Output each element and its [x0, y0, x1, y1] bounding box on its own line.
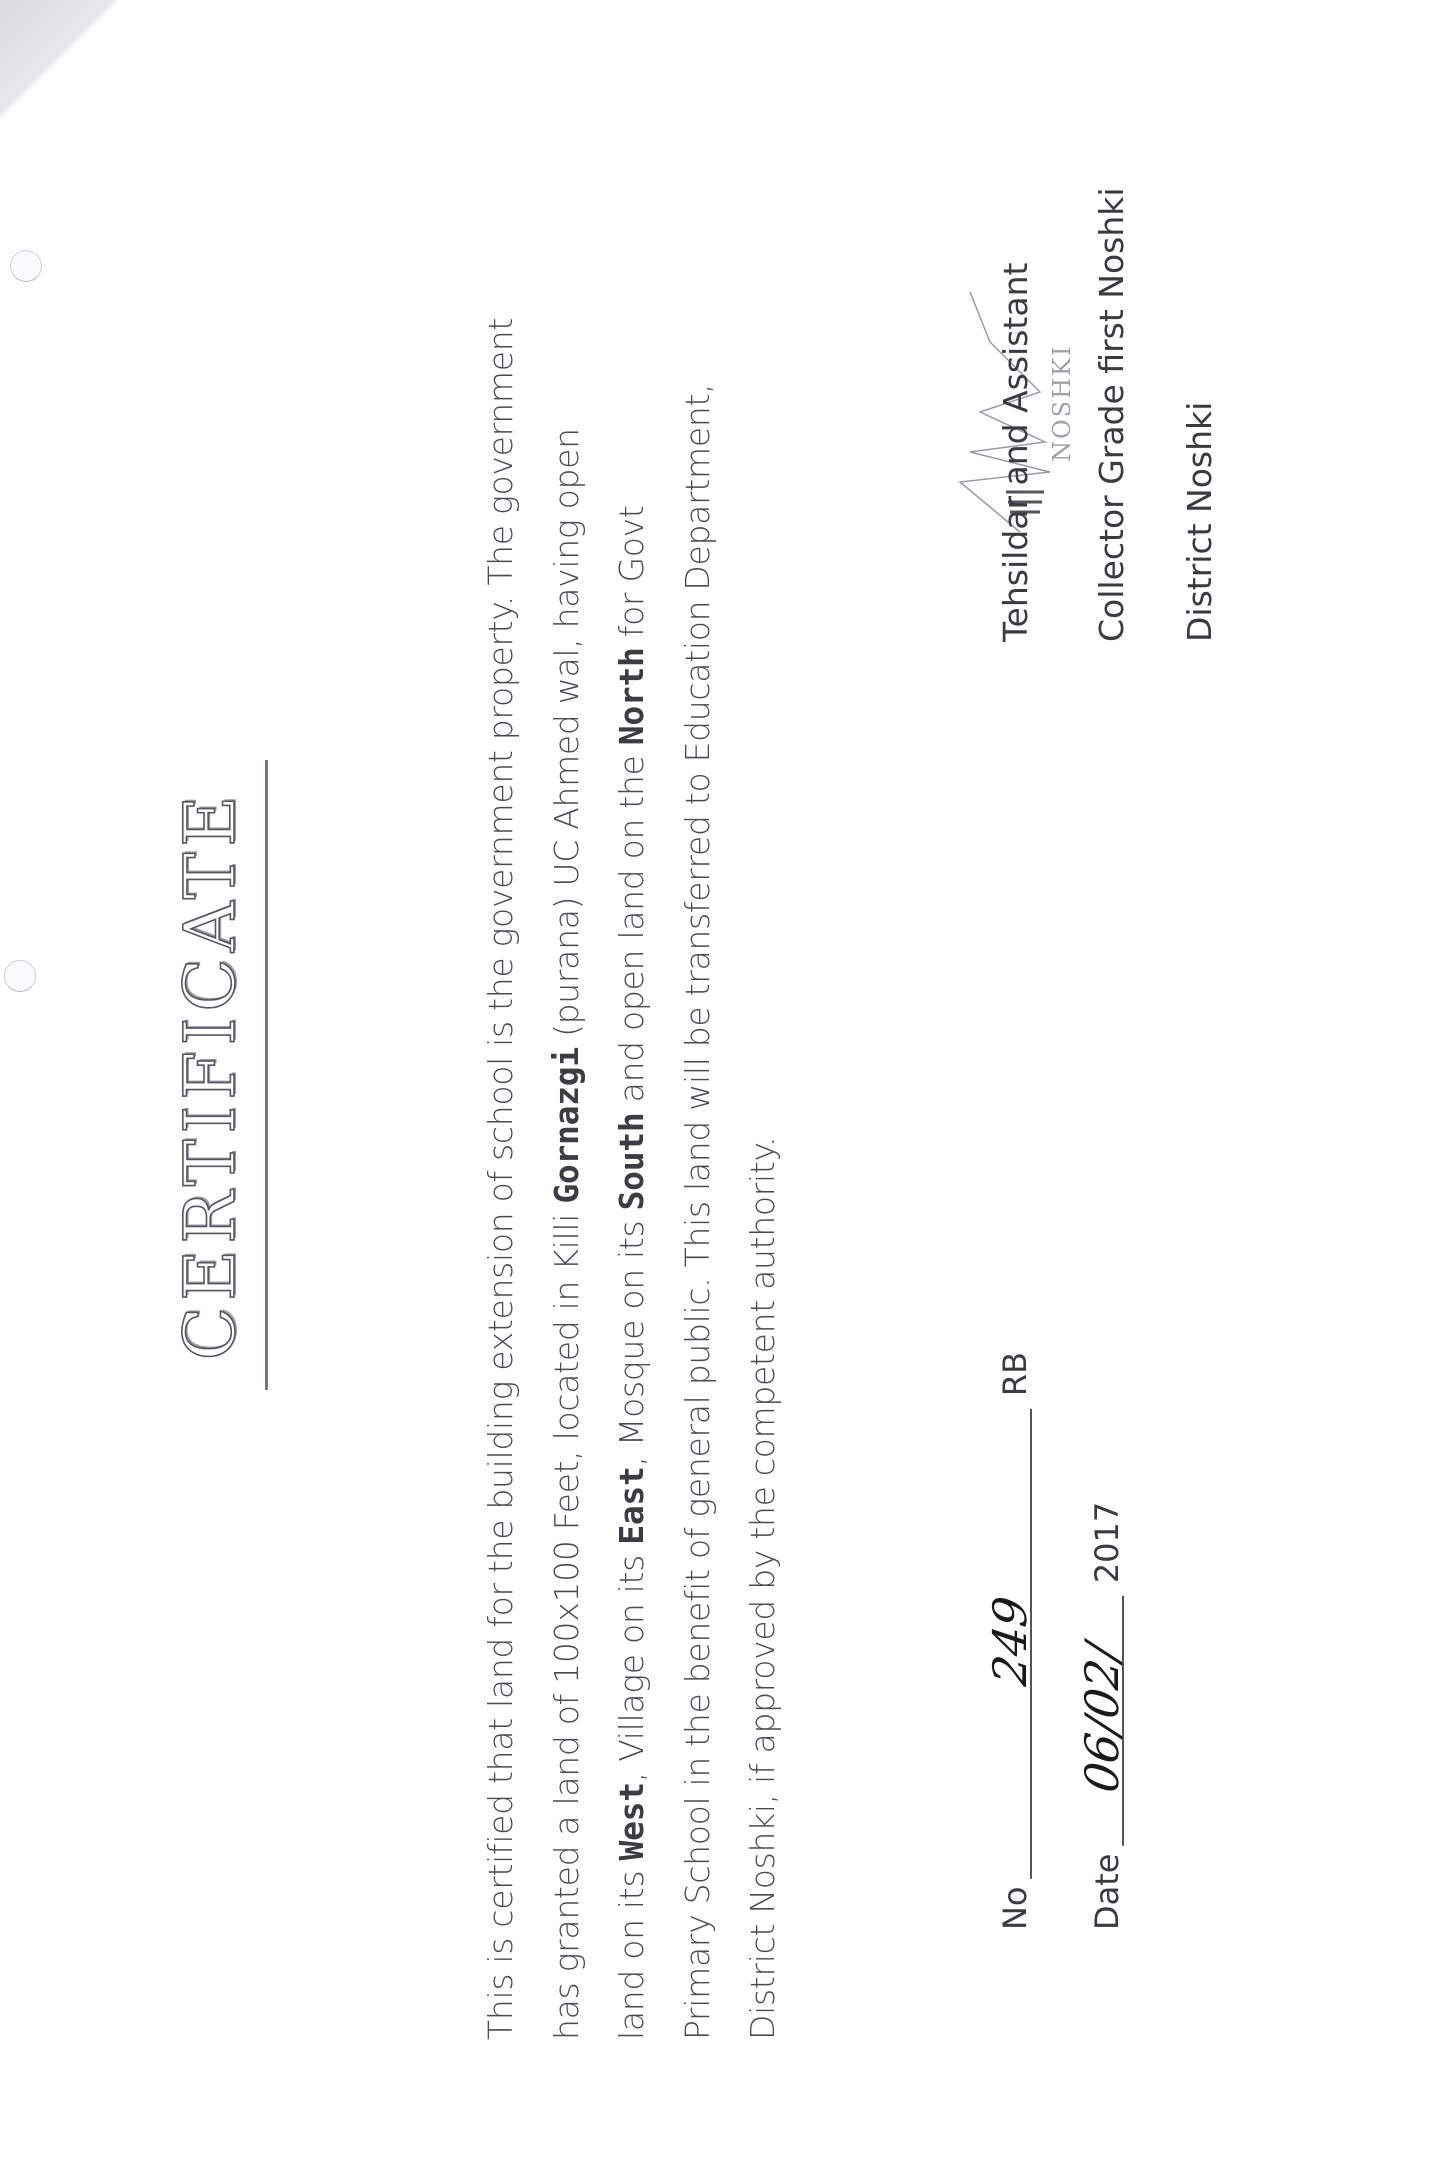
body-text: District Noshki, if approved by the comp… [743, 1137, 782, 2040]
body-text: has granted a land of 100x100 Feet, loca… [547, 1204, 586, 2040]
body-line: has granted a land of 100x100 Feet, loca… [534, 210, 600, 2040]
date-year: 2017 [1088, 1502, 1126, 1583]
emphasized-word: North [612, 647, 651, 745]
emphasized-word: Gornazgi [547, 1047, 586, 1204]
document-title: CERTIFICATE [168, 760, 252, 1390]
body-text: for Govt [612, 506, 651, 648]
body-text: land on its [612, 1860, 651, 2040]
body-text: , Mosque on its [612, 1210, 651, 1466]
signatory-grade: Collector Grade first Noshki [1092, 187, 1131, 642]
no-value: 249 [990, 1403, 1032, 1879]
signatory-title: Tehsildar and Assistant [996, 263, 1035, 642]
certificate-body: This is certified that land for the buil… [468, 210, 796, 2040]
date-value: 06/02/ [1082, 1590, 1124, 1846]
body-text: Primary School in the benefit of general… [678, 384, 717, 2040]
folded-corner [0, 0, 117, 117]
body-text: (purana) UC Ahmed wal, having open [547, 428, 586, 1047]
body-line: This is certified that land for the buil… [468, 210, 534, 2040]
body-text: , Village on its [612, 1545, 651, 1782]
title-underline [265, 760, 268, 1390]
body-line: District Noshki, if approved by the comp… [730, 210, 796, 2040]
no-label: No [996, 1886, 1034, 1930]
emphasized-word: East [612, 1466, 651, 1544]
body-text: and open land on the [612, 745, 651, 1112]
no-suffix: RB [996, 1352, 1034, 1396]
signatory-district: District Noshki [1180, 402, 1219, 642]
body-text: This is certified that land for the buil… [481, 318, 520, 2040]
punch-hole [10, 250, 42, 282]
punch-hole [4, 960, 36, 992]
stamp: NOSHKI [1048, 345, 1076, 462]
reference-date: Date 06/02/ 2017 [1082, 1502, 1126, 1930]
body-line: Primary School in the benefit of general… [665, 210, 731, 2040]
emphasized-word: South [612, 1113, 651, 1211]
emphasized-word: West [612, 1782, 651, 1860]
reference-number: No 249 RB [990, 1352, 1034, 1930]
body-line: land on its West, Village on its East, M… [599, 210, 665, 2040]
date-label: Date [1088, 1854, 1126, 1930]
certificate-page: CERTIFICATE This is certified that land … [0, 0, 1452, 2162]
